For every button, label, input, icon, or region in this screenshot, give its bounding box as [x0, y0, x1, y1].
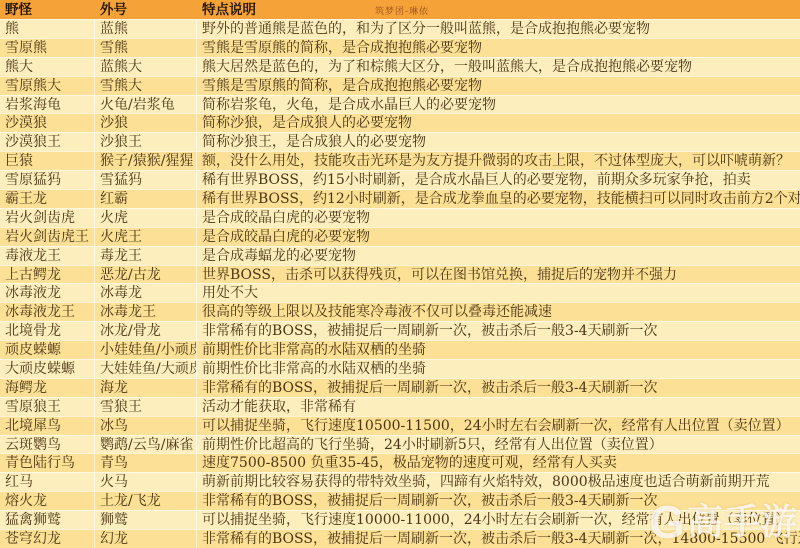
monster-nickname: 鹦鹉/云鸟/麻雀	[95, 436, 197, 454]
table-row: 巨猿猴子/猿猴/猩猩额，没什么用处，技能攻击光环是为友方提升微弱的攻击上限，不过…	[0, 151, 800, 170]
monster-name: 猛禽狮鹫	[0, 511, 95, 529]
monster-name: 大顽皮蝾螈	[0, 360, 95, 378]
monster-name: 巨猿	[0, 152, 95, 170]
monster-name: 青色陆行鸟	[0, 454, 95, 472]
monster-description: 额，没什么用处，技能攻击光环是为友方提升微弱的攻击上限，不过体型庞大，可以吓唬萌…	[197, 152, 800, 170]
table-row: 北境犀鸟冰鸟可以捕捉坐骑，飞行速度10500-11500，24小时左右会刷新一次…	[0, 416, 800, 435]
monster-nickname: 火虎王	[95, 228, 197, 246]
table-row: 熊大蓝熊大熊大居然是蓝色的，为了和棕熊大区分，一般叫蓝熊大，是合成抱抱熊必要宠物	[0, 57, 800, 76]
table-row: 猛禽狮鹫狮鹫可以捕捉坐骑，飞行速度10000-11000，24小时左右会刷新一次…	[0, 510, 800, 529]
table-row: 霸王龙红霸稀有世界BOSS，约12小时刷新，是合成龙拳血皇的必要宠物，技能横扫可…	[0, 189, 800, 208]
table-header: 野怪 外号 特点说明 筑梦团-琳依	[0, 0, 800, 19]
monster-nickname: 毒龙王	[95, 247, 197, 265]
monster-nickname: 猴子/猿猴/猩猩	[95, 152, 197, 170]
monster-name: 冰毒液龙王	[0, 303, 95, 321]
monster-description: 雪熊是雪原熊的简称，是合成抱抱熊必要宠物	[197, 77, 800, 95]
table-row: 沙漠狼王沙狼王简称沙狼王，是合成狼人的必要宠物	[0, 132, 800, 151]
monster-nickname: 沙狼王	[95, 133, 197, 151]
monster-description: 速度7500-8500 负重35-45，极品宠物的速度可观，经常有人买卖	[197, 454, 800, 472]
monster-nickname: 大娃娃鱼/大顽皮	[95, 360, 197, 378]
table-row: 海鳄龙海龙非常稀有的BOSS，被捕捉后一周刷新一次，被击杀后一般3-4天刷新一次	[0, 378, 800, 397]
monster-nickname: 红霸	[95, 190, 197, 208]
monster-name: 云斑鹦鸟	[0, 436, 95, 454]
monster-nickname: 幻龙	[95, 530, 197, 548]
monster-nickname: 蓝熊大	[95, 58, 197, 76]
monster-nickname: 冰毒龙王	[95, 303, 197, 321]
monster-description: 野外的普通熊是蓝色的，和为了区分一般叫蓝熊，是合成抱抱熊必要宠物	[197, 20, 800, 38]
table-row: 岩火剑齿虎王火虎王是合成皎晶白虎的必要宠物	[0, 227, 800, 246]
monster-description: 前期性价比超高的飞行坐骑，24小时刷新5只，经常有人出位置（卖位置）	[197, 436, 800, 454]
monster-nickname: 小娃娃鱼/小顽皮	[95, 341, 197, 359]
table-row: 顽皮蝾螈小娃娃鱼/小顽皮前期性价比非常高的水陆双栖的坐骑	[0, 340, 800, 359]
table-row: 红马火马萌新前期比较容易获得的带特效坐骑，四蹄有火焰特效，8000极品速度也适合…	[0, 472, 800, 491]
table-row: 青色陆行鸟青鸟速度7500-8500 负重35-45，极品宠物的速度可观，经常有…	[0, 453, 800, 472]
monster-nickname: 海龙	[95, 379, 197, 397]
monster-name: 雪原狼王	[0, 398, 95, 416]
monster-name: 海鳄龙	[0, 379, 95, 397]
monster-name: 熊大	[0, 58, 95, 76]
table-row: 雪原熊雪熊雪熊是雪原熊的简称，是合成抱抱熊必要宠物	[0, 38, 800, 57]
table-row: 雪原狼王雪狼王活动才能获取，非常稀有	[0, 397, 800, 416]
monster-name: 岩火剑齿虎	[0, 209, 95, 227]
monster-description: 非常稀有的BOSS，被捕捉后一周刷新一次，被击杀后一般3-4天刷新一次	[197, 379, 800, 397]
monster-name: 冰毒液龙	[0, 284, 95, 302]
table-row: 大顽皮蝾螈大娃娃鱼/大顽皮前期性价比非常高的水陆双栖的坐骑	[0, 359, 800, 378]
table-row: 冰毒液龙冰毒龙用处不大	[0, 283, 800, 302]
monster-description: 非常稀有的BOSS，被捕捉后一周刷新一次，被击杀后一般3-4天刷新一次，1480…	[197, 530, 800, 548]
monster-nickname: 狮鹫	[95, 511, 197, 529]
monster-description: 雪熊是雪原熊的简称，是合成抱抱熊必要宠物	[197, 39, 800, 57]
monster-description: 稀有世界BOSS，约15小时刷新，是合成水晶巨人的必要宠物，前期众多玩家争抢，拍…	[197, 171, 800, 189]
monster-nickname: 雪猛犸	[95, 171, 197, 189]
monster-nickname: 火龟/岩浆龟	[95, 96, 197, 114]
monster-nickname: 沙狼	[95, 114, 197, 132]
monster-description: 非常稀有的BOSS，被捕捉后一周刷新一次，被击杀后一般3-4天刷新一次	[197, 492, 800, 510]
table-row: 冰毒液龙王冰毒龙王很高的等级上限以及技能寒冷毒液不仅可以叠毒还能减速	[0, 302, 800, 321]
monster-nickname: 土龙/飞龙	[95, 492, 197, 510]
monster-name: 雪原熊	[0, 39, 95, 57]
monster-nickname: 雪狼王	[95, 398, 197, 416]
monster-nickname: 蓝熊	[95, 20, 197, 38]
monster-description: 活动才能获取，非常稀有	[197, 398, 800, 416]
monster-nickname: 冰鸟	[95, 417, 197, 435]
monster-name: 雪原熊大	[0, 77, 95, 95]
monster-description: 用处不大	[197, 284, 800, 302]
monster-name: 岩火剑齿虎王	[0, 228, 95, 246]
monster-description: 稀有世界BOSS，约12小时刷新，是合成龙拳血皇的必要宠物，技能横扫可以同时攻击…	[197, 190, 800, 208]
table-row: 岩火剑齿虎火虎是合成皎晶白虎的必要宠物	[0, 208, 800, 227]
monster-name: 岩浆海龟	[0, 96, 95, 114]
monster-description: 熊大居然是蓝色的，为了和棕熊大区分，一般叫蓝熊大，是合成抱抱熊必要宠物	[197, 58, 800, 76]
monster-description: 是合成皎晶白虎的必要宠物	[197, 209, 800, 227]
table-row: 苍穹幻龙幻龙非常稀有的BOSS，被捕捉后一周刷新一次，被击杀后一般3-4天刷新一…	[0, 529, 800, 548]
monster-name: 雪原猛犸	[0, 171, 95, 189]
monster-nickname: 雪熊大	[95, 77, 197, 95]
table-row: 云斑鹦鸟鹦鹉/云鸟/麻雀前期性价比超高的飞行坐骑，24小时刷新5只，经常有人出位…	[0, 435, 800, 454]
monster-description: 简称岩浆龟，火龟，是合成水晶巨人的必要宠物	[197, 96, 800, 114]
table-row: 雪原猛犸雪猛犸稀有世界BOSS，约15小时刷新，是合成水晶巨人的必要宠物，前期众…	[0, 170, 800, 189]
monster-description: 可以捕捉坐骑，飞行速度10000-11000，24小时左右会刷新一次，经常有人出…	[197, 511, 800, 529]
monster-description: 是合成毒蝠龙的必要宠物	[197, 247, 800, 265]
monster-name: 毒液龙王	[0, 247, 95, 265]
monster-name: 红马	[0, 473, 95, 491]
monster-description: 可以捕捉坐骑，飞行速度10500-11500，24小时左右会刷新一次，经常有人出…	[197, 417, 800, 435]
monster-name: 顽皮蝾螈	[0, 341, 95, 359]
monster-description: 前期性价比非常高的水陆双栖的坐骑	[197, 360, 800, 378]
table-row: 沙漠狼沙狼简称沙狼，是合成狼人的必要宠物	[0, 113, 800, 132]
monster-description: 是合成皎晶白虎的必要宠物	[197, 228, 800, 246]
table-row: 熔火龙土龙/飞龙非常稀有的BOSS，被捕捉后一周刷新一次，被击杀后一般3-4天刷…	[0, 491, 800, 510]
table-row: 北境骨龙冰龙/骨龙非常稀有的BOSS，被捕捉后一周刷新一次，被击杀后一般3-4天…	[0, 321, 800, 340]
column-header-description-label: 特点说明	[202, 1, 256, 19]
column-header-monster: 野怪	[0, 0, 95, 19]
monster-description: 简称沙狼，是合成狼人的必要宠物	[197, 114, 800, 132]
table-row: 岩浆海龟火龟/岩浆龟简称岩浆龟，火龟，是合成水晶巨人的必要宠物	[0, 95, 800, 114]
monster-nickname: 火马	[95, 473, 197, 491]
monster-name: 熊	[0, 20, 95, 38]
table-row: 熊蓝熊野外的普通熊是蓝色的，和为了区分一般叫蓝熊，是合成抱抱熊必要宠物	[0, 19, 800, 38]
column-header-description: 特点说明 筑梦团-琳依	[197, 0, 800, 19]
monster-description: 世界BOSS，击杀可以获得残页，可以在图书馆兑换，捕捉后的宠物并不强力	[197, 266, 800, 284]
table-body: 熊蓝熊野外的普通熊是蓝色的，和为了区分一般叫蓝熊，是合成抱抱熊必要宠物雪原熊雪熊…	[0, 19, 800, 548]
monster-name: 北境犀鸟	[0, 417, 95, 435]
table-row: 上古鳄龙恶龙/古龙世界BOSS，击杀可以获得残页，可以在图书馆兑换，捕捉后的宠物…	[0, 265, 800, 284]
column-header-nickname: 外号	[95, 0, 197, 19]
monster-name: 沙漠狼王	[0, 133, 95, 151]
monster-nickname: 火虎	[95, 209, 197, 227]
watermark-text: 筑梦团-琳依	[375, 3, 429, 19]
pet-guide-table: 野怪 外号 特点说明 筑梦团-琳依 熊蓝熊野外的普通熊是蓝色的，和为了区分一般叫…	[0, 0, 800, 548]
monster-nickname: 冰毒龙	[95, 284, 197, 302]
monster-name: 熔火龙	[0, 492, 95, 510]
monster-description: 非常稀有的BOSS，被捕捉后一周刷新一次，被击杀后一般3-4天刷新一次	[197, 322, 800, 340]
monster-description: 简称沙狼王，是合成狼人的必要宠物	[197, 133, 800, 151]
monster-description: 前期性价比非常高的水陆双栖的坐骑	[197, 341, 800, 359]
monster-name: 北境骨龙	[0, 322, 95, 340]
monster-nickname: 冰龙/骨龙	[95, 322, 197, 340]
monster-description: 很高的等级上限以及技能寒冷毒液不仅可以叠毒还能减速	[197, 303, 800, 321]
monster-description: 萌新前期比较容易获得的带特效坐骑，四蹄有火焰特效，8000极品速度也适合萌新前期…	[197, 473, 800, 491]
table-row: 雪原熊大雪熊大雪熊是雪原熊的简称，是合成抱抱熊必要宠物	[0, 76, 800, 95]
monster-nickname: 青鸟	[95, 454, 197, 472]
monster-name: 霸王龙	[0, 190, 95, 208]
monster-name: 上古鳄龙	[0, 266, 95, 284]
monster-name: 沙漠狼	[0, 114, 95, 132]
table-row: 毒液龙王毒龙王是合成毒蝠龙的必要宠物	[0, 246, 800, 265]
monster-nickname: 雪熊	[95, 39, 197, 57]
monster-name: 苍穹幻龙	[0, 530, 95, 548]
monster-nickname: 恶龙/古龙	[95, 266, 197, 284]
